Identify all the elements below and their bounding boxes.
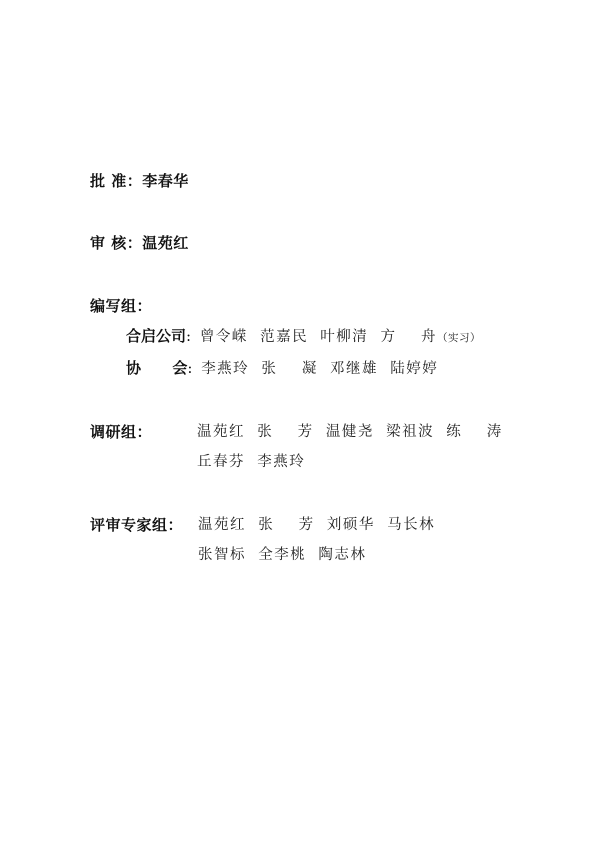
expert-group-label: 评审专家组： <box>90 516 183 534</box>
association-label: 协 会 <box>126 359 187 377</box>
expert-group-line-1: 评审专家组： <box>90 516 183 534</box>
company-label: 合启公司 <box>126 327 186 345</box>
research-group-names-1: 温苑红 张 芳 温健尧 梁祖波 练 涛 <box>197 423 503 441</box>
writing-group-row-association: 协 会: 李燕玲 张 凝 邓继雄 陆婷婷 <box>126 359 438 378</box>
association-colon: : <box>187 359 192 377</box>
expert-group-names-1: 温苑红 张 芳 刘硕华 马长林 <box>198 516 435 534</box>
company-colon: : <box>186 327 191 345</box>
research-group-label: 调研组： <box>90 423 152 441</box>
review-label: 审 核： <box>90 234 142 252</box>
writing-group-heading: 编写组： <box>90 297 152 315</box>
expert-group-names-2: 张智标 全李桃 陶志林 <box>198 546 366 564</box>
approval-name: 李春华 <box>142 172 189 190</box>
approval-line: 批 准：李春华 <box>90 172 189 190</box>
writing-group-row-company: 合启公司: 曾令嵘 范嘉民 叶柳清 方 舟（实习） <box>126 327 481 347</box>
writing-group-label: 编写组： <box>90 297 152 315</box>
approval-label: 批 准： <box>90 172 142 190</box>
company-names: 曾令嵘 范嘉民 叶柳清 方 舟 <box>200 329 437 345</box>
company-note: （实习） <box>437 332 481 344</box>
association-names: 李燕玲 张 凝 邓继雄 陆婷婷 <box>201 361 438 377</box>
review-line: 审 核：温苑红 <box>90 234 189 252</box>
research-group-line-1: 调研组： <box>90 423 152 441</box>
review-name: 温苑红 <box>142 234 189 252</box>
research-group-names-2: 丘春芬 李燕玲 <box>197 453 305 471</box>
